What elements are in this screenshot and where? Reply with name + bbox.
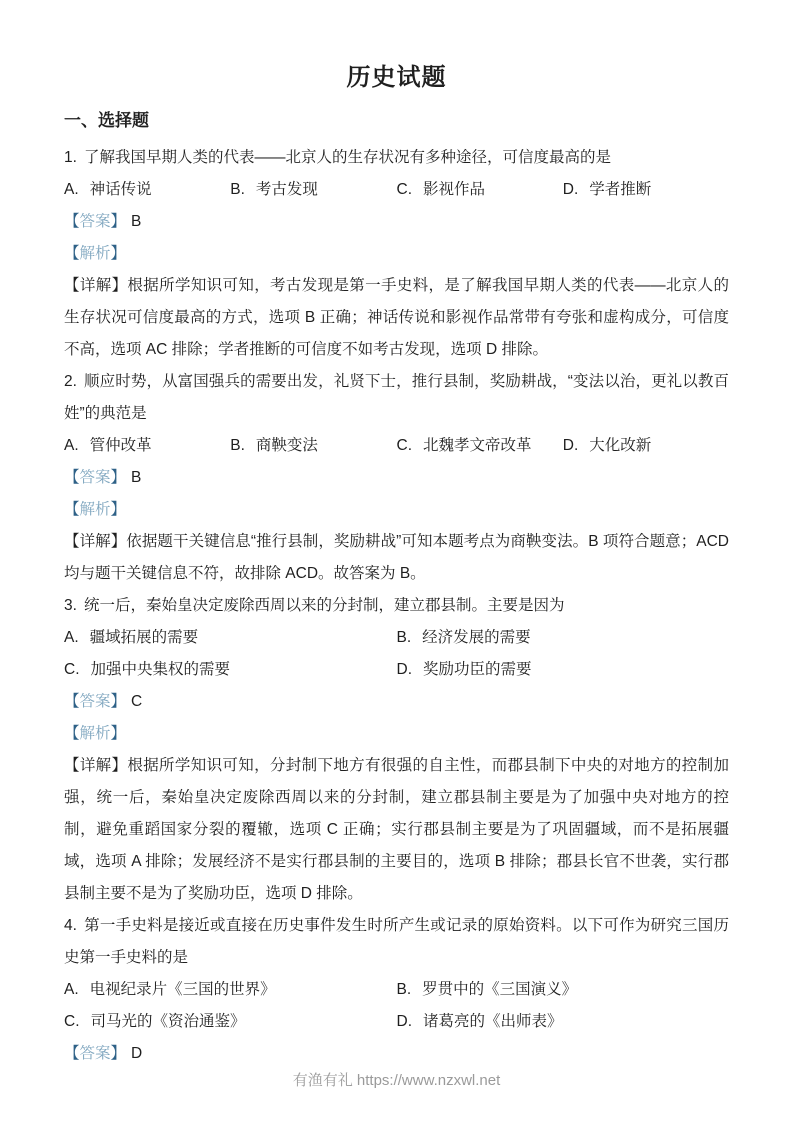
analysis-line: 【解析】 xyxy=(64,494,729,526)
answer-letter: B xyxy=(131,469,141,486)
option-a: A.疆域拓展的需要 xyxy=(64,622,397,654)
answer-label: 【答案】 xyxy=(64,693,126,710)
question-options: A.管仲改革 B.商鞅变法 C.北魏孝文帝改革 D.大化改新 xyxy=(64,430,729,462)
answer-letter: C xyxy=(131,693,142,710)
exam-document: 历史试题 一、选择题 1.了解我国早期人类的代表——北京人的生存状况有多种途径，… xyxy=(0,0,793,1122)
detail-label: 【详解】 xyxy=(64,277,127,294)
option-c: C.影视作品 xyxy=(397,174,563,206)
question-stem: 4.第一手史料是接近或直接在历史事件发生时所产生或记录的原始资料。以下可作为研究… xyxy=(64,910,729,974)
question-stem-text: 了解我国早期人类的代表——北京人的生存状况有多种途径，可信度最高的是 xyxy=(84,149,611,166)
detail-text: 根据所学知识可知，分封制下地方有很强的自主性，而郡县制下中央的对地方的控制加强，… xyxy=(64,757,729,902)
analysis-line: 【解析】 xyxy=(64,238,729,270)
answer-line: 【答案】B xyxy=(64,462,729,494)
analysis-label: 【解析】 xyxy=(64,501,126,518)
answer-line: 【答案】D xyxy=(64,1038,729,1070)
option-d: D.学者推断 xyxy=(563,174,729,206)
question-stem: 2.顺应时势，从富国强兵的需要出发，礼贤下士，推行县制，奖励耕战，“变法以治，更… xyxy=(64,366,729,430)
option-b: B.考古发现 xyxy=(230,174,396,206)
analysis-label: 【解析】 xyxy=(64,725,126,742)
analysis-label: 【解析】 xyxy=(64,245,126,262)
question-options: A.电视纪录片《三国的世界》 B.罗贯中的《三国演义》 C.司马光的《资治通鉴》… xyxy=(64,974,729,1038)
question-options: A.疆域拓展的需要 B.经济发展的需要 C.加强中央集权的需要 D.奖励功臣的需… xyxy=(64,622,729,686)
question-options: A.神话传说 B.考古发现 C.影视作品 D.学者推断 xyxy=(64,174,729,206)
question-stem: 3.统一后，秦始皇决定废除西周以来的分封制，建立郡县制。主要是因为 xyxy=(64,590,729,622)
answer-label: 【答案】 xyxy=(64,469,126,486)
answer-line: 【答案】B xyxy=(64,206,729,238)
question-3: 3.统一后，秦始皇决定废除西周以来的分封制，建立郡县制。主要是因为 A.疆域拓展… xyxy=(64,590,729,910)
detail-text: 依据题干关键信息“推行县制，奖励耕战”可知本题考点为商鞅变法。B 项符合题意；A… xyxy=(64,533,729,582)
question-number: 4. xyxy=(64,917,77,934)
option-c: C.加强中央集权的需要 xyxy=(64,654,397,686)
question-4: 4.第一手史料是接近或直接在历史事件发生时所产生或记录的原始资料。以下可作为研究… xyxy=(64,910,729,1070)
detail-paragraph: 【详解】根据所学知识可知，考古发现是第一手史料，是了解我国早期人类的代表——北京… xyxy=(64,270,729,366)
answer-label: 【答案】 xyxy=(64,213,126,230)
option-b: B.经济发展的需要 xyxy=(397,622,730,654)
footer-watermark: 有渔有礼 https://www.nzxwl.net xyxy=(0,1070,793,1092)
question-number: 3. xyxy=(64,597,77,614)
option-a: A.管仲改革 xyxy=(64,430,230,462)
option-a: A.神话传说 xyxy=(64,174,230,206)
question-number: 2. xyxy=(64,373,77,390)
answer-letter: D xyxy=(131,1045,142,1062)
section-heading: 一、选择题 xyxy=(64,106,729,136)
option-d: D.诸葛亮的《出师表》 xyxy=(397,1006,730,1038)
option-a: A.电视纪录片《三国的世界》 xyxy=(64,974,397,1006)
question-stem: 1.了解我国早期人类的代表——北京人的生存状况有多种途径，可信度最高的是 xyxy=(64,142,729,174)
detail-label: 【详解】 xyxy=(64,533,126,550)
question-1: 1.了解我国早期人类的代表——北京人的生存状况有多种途径，可信度最高的是 A.神… xyxy=(64,142,729,366)
option-c: C.北魏孝文帝改革 xyxy=(397,430,563,462)
page-title: 历史试题 xyxy=(64,60,729,96)
question-stem-text: 顺应时势，从富国强兵的需要出发，礼贤下士，推行县制，奖励耕战，“变法以治，更礼以… xyxy=(64,373,729,422)
option-c: C.司马光的《资治通鉴》 xyxy=(64,1006,397,1038)
detail-paragraph: 【详解】依据题干关键信息“推行县制，奖励耕战”可知本题考点为商鞅变法。B 项符合… xyxy=(64,526,729,590)
question-number: 1. xyxy=(64,149,77,166)
option-b: B.商鞅变法 xyxy=(230,430,396,462)
detail-paragraph: 【详解】根据所学知识可知，分封制下地方有很强的自主性，而郡县制下中央的对地方的控… xyxy=(64,750,729,910)
option-d: D.大化改新 xyxy=(563,430,729,462)
question-stem-text: 第一手史料是接近或直接在历史事件发生时所产生或记录的原始资料。以下可作为研究三国… xyxy=(64,917,729,966)
question-2: 2.顺应时势，从富国强兵的需要出发，礼贤下士，推行县制，奖励耕战，“变法以治，更… xyxy=(64,366,729,590)
answer-line: 【答案】C xyxy=(64,686,729,718)
option-d: D.奖励功臣的需要 xyxy=(397,654,730,686)
question-stem-text: 统一后，秦始皇决定废除西周以来的分封制，建立郡县制。主要是因为 xyxy=(84,597,565,614)
answer-label: 【答案】 xyxy=(64,1045,126,1062)
detail-label: 【详解】 xyxy=(64,757,127,774)
answer-letter: B xyxy=(131,213,141,230)
detail-text: 根据所学知识可知，考古发现是第一手史料，是了解我国早期人类的代表——北京人的生存… xyxy=(64,277,729,358)
analysis-line: 【解析】 xyxy=(64,718,729,750)
option-b: B.罗贯中的《三国演义》 xyxy=(397,974,730,1006)
